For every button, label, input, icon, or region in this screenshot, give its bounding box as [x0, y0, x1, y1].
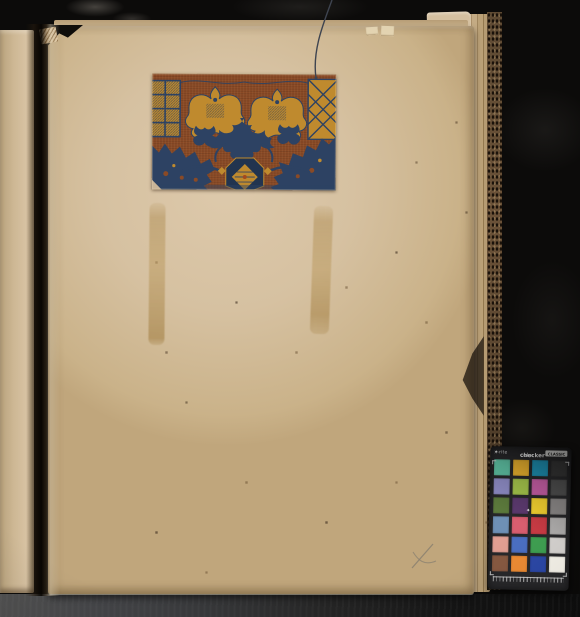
registration-corner-icon	[563, 573, 567, 577]
colorchecker-patch-foliage	[493, 498, 509, 514]
brand-text: x-rite	[494, 450, 507, 455]
colorchecker-patch-dark-skin	[492, 555, 508, 571]
colorchecker-patch-neutral-8	[549, 537, 565, 554]
colorchecker-header: ✦x-rite colorchecker CLASSIC	[490, 446, 571, 460]
album-page-photograph: ✦x-rite colorchecker CLASSIC ✦	[0, 0, 580, 617]
gutter-shadow	[26, 24, 60, 596]
registration-corner-icon	[492, 460, 496, 464]
colorchecker-card: ✦x-rite colorchecker CLASSIC ✦	[488, 446, 572, 591]
colorchecker-patch-blue	[530, 556, 546, 572]
table-surface	[0, 594, 580, 617]
colorchecker-ruler	[493, 576, 564, 582]
colorchecker-patch-magenta	[531, 479, 547, 496]
glue-residue-left	[148, 203, 165, 345]
colorchecker-patch-orange-yellow	[513, 460, 529, 476]
colorchecker-patch-red	[531, 518, 547, 535]
colorchecker-patch-blue-flower	[493, 478, 509, 495]
colorchecker-patch-neutral-3.5	[550, 480, 566, 497]
colorchecker-patch-light-skin	[492, 536, 508, 553]
colorchecker-patch-yellow	[531, 498, 547, 514]
colorchecker-patches	[492, 459, 567, 573]
registration-corner-icon	[565, 462, 569, 466]
colorchecker-patch-white	[549, 556, 565, 572]
colorchecker-patch-bluish-green	[494, 459, 510, 475]
colorchecker-patch-orange	[511, 555, 527, 571]
registration-mark-icon: ✦	[526, 509, 530, 514]
textile-pattern	[152, 74, 337, 191]
pencil-check-mark	[402, 540, 447, 575]
colorchecker-patch-cyan	[532, 460, 548, 476]
textile-fragment	[152, 74, 337, 191]
paper-tab	[366, 27, 379, 36]
colorchecker-patch-purplish-blue	[511, 536, 527, 553]
colorchecker-badge: CLASSIC	[546, 450, 568, 456]
colorchecker-patch-neutral-5	[550, 499, 566, 515]
colorchecker-patch-moderate-red	[512, 517, 528, 534]
colorchecker-patch-green	[530, 537, 546, 554]
colorchecker-patch-blue-sky	[493, 517, 509, 534]
colorchecker-patch-yellow-green	[512, 479, 528, 496]
colorchecker-patch-neutral-6.5	[550, 518, 566, 535]
mounting-thread	[296, 0, 356, 84]
registration-corner-icon	[490, 571, 494, 575]
paper-tab	[381, 26, 394, 36]
